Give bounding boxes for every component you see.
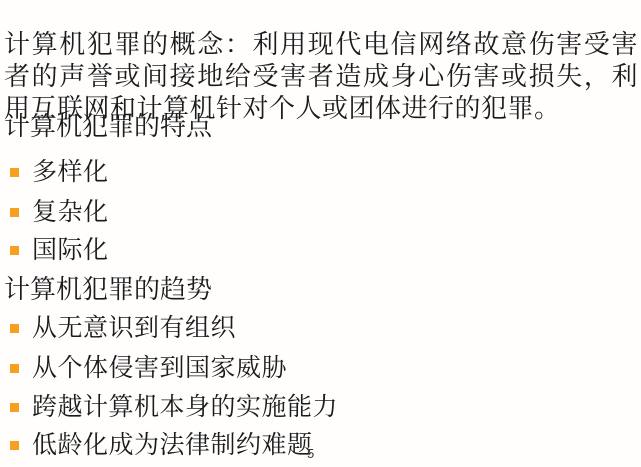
- square-bullet-icon: [10, 324, 19, 333]
- square-bullet-icon: [10, 208, 19, 217]
- bullet-item: 跨越计算机本身的实施能力: [10, 392, 338, 423]
- square-bullet-icon: [10, 246, 19, 255]
- page-number: 5: [307, 446, 314, 461]
- bullet-label: 从无意识到有组织: [32, 313, 236, 344]
- bullet-label: 多样化: [32, 157, 109, 188]
- bullet-label: 低龄化成为法律制约难题: [32, 430, 313, 461]
- square-bullet-icon: [10, 441, 19, 450]
- section-heading-features: 计算机犯罪的特点: [4, 110, 212, 142]
- square-bullet-icon: [10, 403, 19, 412]
- bullet-item: 低龄化成为法律制约难题: [10, 430, 313, 461]
- bullet-label: 从个体侵害到国家威胁: [32, 353, 287, 384]
- bullet-item: 从个体侵害到国家威胁: [10, 353, 287, 384]
- bullet-label: 跨越计算机本身的实施能力: [32, 392, 338, 423]
- bullet-item: 复杂化: [10, 197, 109, 228]
- square-bullet-icon: [10, 364, 19, 373]
- bullet-item: 多样化: [10, 157, 109, 188]
- bullet-label: 国际化: [32, 235, 109, 266]
- bullet-label: 复杂化: [32, 197, 109, 228]
- bullet-item: 国际化: [10, 235, 109, 266]
- bullet-item: 从无意识到有组织: [10, 313, 236, 344]
- slide: 计算机犯罪的概念：利用现代电信网络故意伤害受害者的声誉或间接地给受害者造成身心伤…: [0, 0, 641, 467]
- square-bullet-icon: [10, 168, 19, 177]
- section-heading-trends: 计算机犯罪的趋势: [4, 273, 212, 305]
